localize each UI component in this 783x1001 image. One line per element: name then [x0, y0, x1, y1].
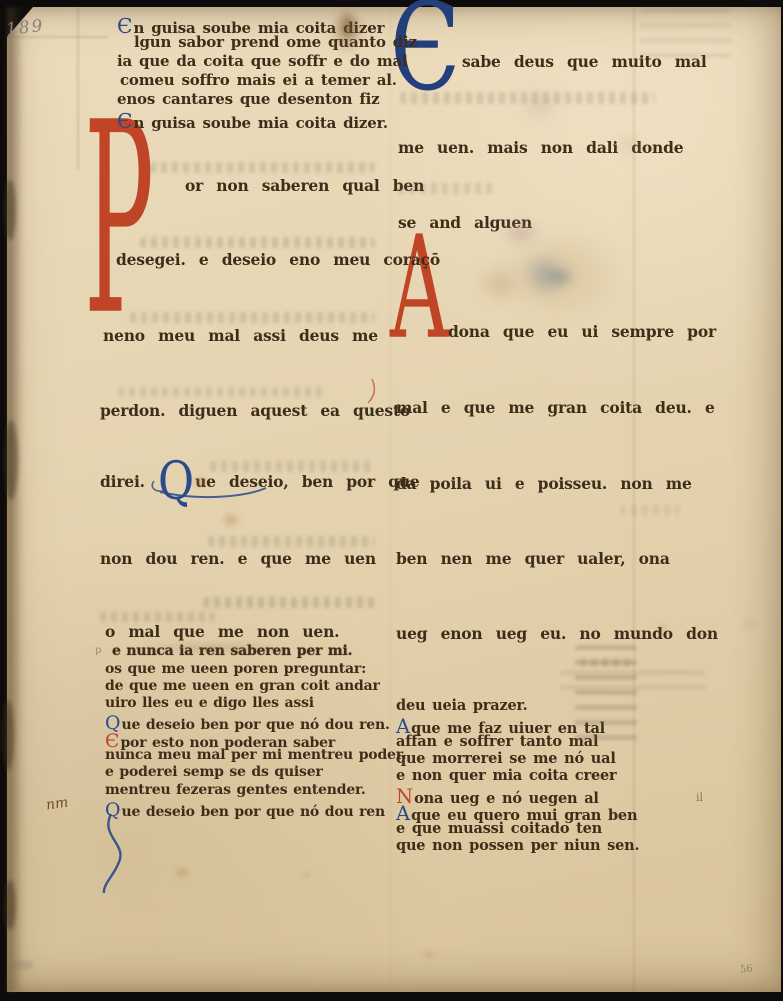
verse-text: e poderei semp se ds quiser [105, 764, 323, 780]
folio-number: 189 [5, 16, 45, 40]
verse-line: direi. [100, 472, 145, 491]
verse-text: lgun sabor prend ome quanto diz [134, 33, 417, 51]
verse-text: ueg enon ueg eu. no mundo don [396, 624, 718, 643]
verse-line: da poila ui e poisseu. non me [396, 474, 692, 493]
edge-nub [2, 700, 14, 770]
stain [740, 616, 760, 632]
verse-text: que morrerei se me nó ual [396, 750, 616, 767]
stain [468, 258, 530, 310]
left-margin-scribble: nm [45, 795, 69, 814]
verse-text: or non saberen qual ben [185, 176, 424, 195]
verse-text: comeu soffro mais ei a temer al. [120, 71, 397, 89]
verse-line: deu ueia prazer. [396, 697, 527, 714]
verse-text: non dou ren. e que me uen [100, 549, 376, 568]
verse-text: da poila ui e poisseu. non me [396, 474, 692, 493]
stain [420, 948, 438, 961]
verse-text: mal e que me gran coita deu. e [396, 398, 715, 417]
verse-text: os que me ueen poren preguntar: [105, 661, 366, 677]
verse-line: affan e soffrer tanto mal [396, 733, 598, 750]
verse-text: mentreu fezeras gentes entender. [105, 782, 366, 798]
verse-text: que non possen per niun sen. [396, 837, 639, 854]
verse-line: non dou ren. e que me uen [100, 549, 376, 568]
stain [300, 870, 314, 880]
show-through-text [398, 183, 493, 194]
stain [190, 474, 210, 490]
verse-line: que morrerei se me nó ual [396, 750, 616, 767]
stain [512, 82, 567, 130]
verse-text: uiro lles eu e digo lles assi [105, 695, 314, 711]
verse-line: uiro lles eu e digo lles assi [105, 695, 314, 711]
verse-line: e poderei semp se ds quiser [105, 764, 323, 780]
edge-nub [4, 420, 18, 500]
stain [655, 622, 669, 632]
faint-mark [12, 960, 34, 970]
stain [108, 640, 318, 655]
verse-text: ben nen me quer ualer, ona [396, 549, 670, 568]
show-through-text [620, 505, 680, 515]
verse-line: ueg enon ueg eu. no mundo don [396, 624, 718, 643]
gutter-mark: p [95, 645, 101, 656]
edge-nub [4, 180, 16, 240]
verse-line: ben nen me quer ualer, ona [396, 549, 670, 568]
verse-line: que non possen per niun sen. [396, 837, 639, 854]
crease-line [77, 8, 79, 170]
verse-text: ue deseio ben por que nó dou ren [122, 804, 385, 820]
verse-line: mentreu fezeras gentes entender. [105, 782, 366, 798]
verse-text: ue deseio, ben por que [195, 472, 420, 491]
verse-text: affan e soffrer tanto mal [396, 733, 598, 750]
manuscript-photo: 189 nm p il 56 P Є A Єn guisa soube mia … [0, 0, 783, 1001]
verse-text: nunca meu mal per mi mentreu poder. [105, 747, 406, 763]
verse-line: mal e que me gran coita deu. e [396, 398, 715, 417]
page-content-layer: 189 nm p il 56 P Є A Єn guisa soube mia … [0, 0, 783, 1001]
stain [495, 214, 547, 250]
edge-nub [4, 880, 16, 930]
verse-line: nunca meu mal per mi mentreu poder. [105, 747, 406, 763]
verse-text: n guisa soube mia coita dizer. [134, 114, 388, 132]
right-margin-mark: il [696, 791, 703, 804]
show-through-text [140, 237, 375, 248]
verse-line: ia que da coita que soffr e do mal [117, 52, 408, 70]
stain [540, 262, 580, 292]
stain [216, 508, 246, 532]
verse-text: deu ueia prazer. [396, 697, 527, 714]
show-through-text [400, 92, 655, 104]
verse-line: Єn guisa soube mia coita dizer. [117, 109, 388, 133]
verse-line: e non quer mia coita creer [396, 767, 616, 784]
show-through-block [640, 8, 732, 58]
show-through-text [130, 312, 375, 323]
verse-line: or non saberen qual ben [185, 176, 424, 195]
show-through-text [208, 536, 375, 547]
show-through-text [210, 461, 375, 472]
verse-line: desegei. e deseio eno meu coraçō [116, 250, 440, 269]
verse-line: neno meu mal assi deus me [103, 326, 378, 345]
verse-line: comeu soffro mais ei a temer al. [120, 71, 397, 89]
verse-line: e que muassi coitado ten [396, 820, 602, 837]
verse-text: direi. [100, 472, 145, 491]
verse-text: e non quer mia coita creer [396, 767, 616, 784]
illuminated-initial: Є [117, 109, 134, 133]
verse-line: de que me ueen en gran coit andar [105, 678, 380, 694]
verse-line: enos cantares que desenton fiz [117, 90, 379, 108]
show-through-text [203, 597, 375, 608]
verse-text: enos cantares que desenton fiz [117, 90, 379, 108]
verse-text: e que muassi coitado ten [396, 820, 602, 837]
bottom-right-mark: 56 [740, 964, 753, 976]
stain [335, 4, 360, 46]
verse-text: desegei. e deseio eno meu coraçō [116, 250, 440, 269]
verse-text: o mal que me non uen. [105, 622, 339, 641]
illuminated-initial: Є [117, 14, 134, 38]
verse-text: neno meu mal assi deus me [103, 326, 378, 345]
stain [170, 864, 194, 882]
illuminated-initial-A: A [390, 217, 449, 359]
verse-text: perdon. diguen aquest ea questo [100, 401, 410, 420]
stain [608, 128, 650, 160]
show-through-text [100, 612, 215, 622]
verse-line: Que deseio ben por que nó dou ren [105, 799, 385, 821]
ruling-line [390, 8, 391, 993]
illuminated-initial: Q [105, 799, 122, 821]
show-through-block [560, 670, 705, 698]
verse-line: os que me ueen poren preguntar: [105, 661, 366, 677]
verse-line: o mal que me non uen. [105, 622, 339, 641]
verse-line: lgun sabor prend ome quanto diz [134, 33, 417, 51]
verse-line: perdon. diguen aquest ea questo [100, 401, 410, 420]
show-through-text [118, 387, 323, 397]
verse-text: de que me ueen en gran coit andar [105, 678, 380, 694]
show-through-text [150, 162, 375, 173]
verse-text: ia que da coita que soffr e do mal [117, 52, 408, 70]
